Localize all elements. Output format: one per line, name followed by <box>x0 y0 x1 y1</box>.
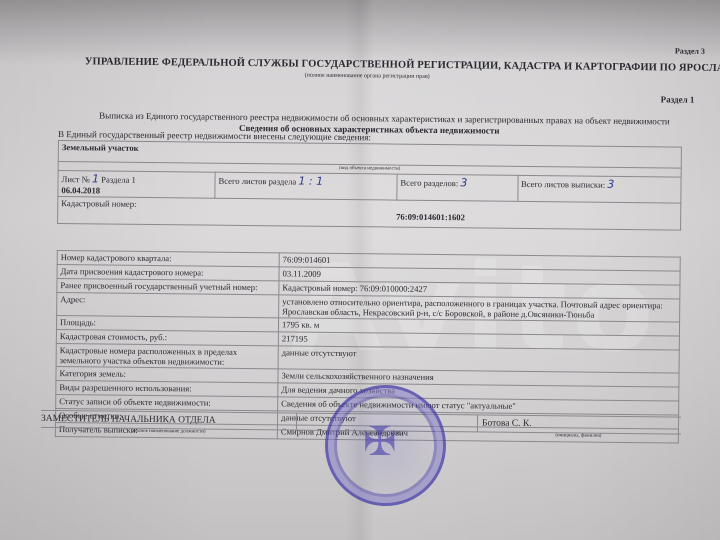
sheet-cell: Лист № 1 Раздела 1 06.04.2018 <box>58 171 215 199</box>
total-sections-value: 3 <box>460 176 467 189</box>
row-label: Кадастровые номера расположенных в преде… <box>56 344 278 369</box>
signer-name: Ботова С. К. <box>477 415 532 432</box>
eagle-emblem-icon: ✠ <box>363 418 397 465</box>
object-table: Земельный участок (вид объекта недвижимо… <box>57 140 682 231</box>
total-sections-cell: Всего разделов: 3 <box>397 174 518 201</box>
position: ЗАМЕСТИТЕЛЬ НАЧАЛЬНИКА ОТДЕЛА <box>41 414 296 427</box>
cadastral-number-cell: Кадастровый номер: 76:09:014601:1602 <box>58 197 681 231</box>
organization-title: УПРАВЛЕНИЕ ФЕДЕРАЛЬНОЙ СЛУЖБЫ ГОСУДАРСТВ… <box>85 56 720 75</box>
total-sheets-extract-label: Всего листов выписки: <box>521 179 605 190</box>
sheet-value: 1 <box>92 172 99 185</box>
organization-caption: (полное наименование органа регистрации … <box>305 73 430 80</box>
section-label: Раздела <box>101 174 129 184</box>
section-value: 1 <box>131 175 135 185</box>
total-sheets-extract-cell: Всего листов выписки: 3 <box>517 175 681 203</box>
extract-document: Раздел 3 УПРАВЛЕНИЕ ФЕДЕРАЛЬНОЙ СЛУЖБЫ Г… <box>55 40 705 47</box>
section-3-label: Раздел 3 <box>675 46 705 55</box>
total-sheets-section-cell: Всего листов раздела 1 : 1 <box>215 172 397 200</box>
official-seal: ✠ <box>325 385 446 506</box>
total-sheets-extract-value: 3 <box>607 178 614 191</box>
sheet-label: Лист № <box>61 174 89 184</box>
total-sheets-section-value: 1 : 1 <box>298 175 323 188</box>
extract-date: 06.04.2018 <box>61 185 211 197</box>
section-1-label: Раздел 1 <box>661 94 695 104</box>
row-label: Адрес: <box>57 293 279 318</box>
cadastral-number: 76:09:014601:1602 <box>396 212 677 225</box>
total-sheets-section-label: Всего листов раздела <box>218 176 296 187</box>
total-sections-label: Всего разделов: <box>400 178 458 189</box>
document-photo: Avito Раздел 3 УПРАВЛЕНИЕ ФЕДЕРАЛЬНОЙ СЛ… <box>0 0 720 540</box>
